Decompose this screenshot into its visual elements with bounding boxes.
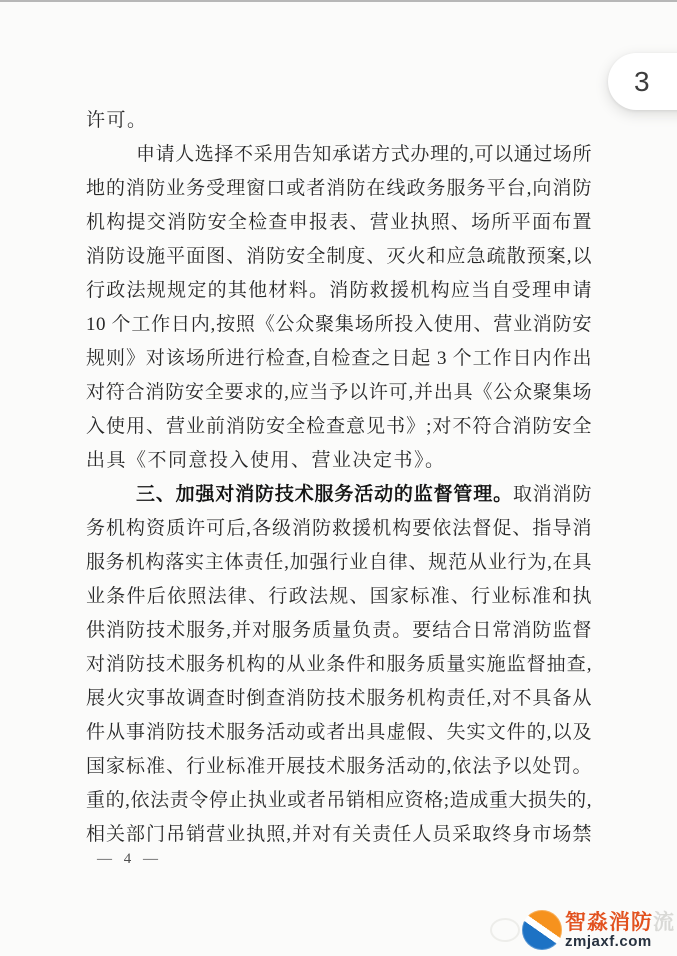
brand-logo-icon bbox=[522, 910, 562, 950]
document-line: 件从事消防技术服务活动或者出具虚假、失实文件的,以及不按照 bbox=[86, 716, 592, 750]
document-line: 服务机构落实主体责任,加强行业自律、规范从业行为,在具备从 bbox=[86, 546, 592, 580]
document-line: 规则》对该场所进行检查,自检查之日起 3 个工作日内作出决定。 bbox=[86, 342, 592, 376]
document-line: 行政法规规定的其他材料。消防救援机构应当自受理申请之日起 bbox=[86, 274, 592, 308]
document-line: 供消防技术服务,并对服务质量负责。要结合日常消防监督检查, bbox=[86, 614, 592, 648]
brand-name-cn-faint: 流 bbox=[653, 912, 675, 933]
document-line: 对消防技术服务机构的从业条件和服务质量实施监督抽查,在开 bbox=[86, 648, 592, 682]
brand-site-url: zmjaxf.com bbox=[565, 934, 675, 949]
watermark-brand: 智淼消防 流 zmjaxf.com bbox=[522, 910, 675, 950]
document-line: 展火灾事故调查时倒查消防技术服务机构责任,对不具备从业条 bbox=[86, 682, 592, 716]
document-viewer-page: 3 许可。申请人选择不采用告知承诺方式办理的,可以通过场所所在地的消防业务受理窗… bbox=[0, 0, 677, 956]
document-line: 出具《不同意投入使用、营业决定书》。 bbox=[86, 444, 592, 478]
top-edge-divider bbox=[0, 0, 677, 2]
brand-name-cn: 智淼消防 bbox=[565, 912, 653, 933]
document-line: 许可。 bbox=[86, 104, 592, 138]
document-line: 申请人选择不采用告知承诺方式办理的,可以通过场所所在 bbox=[86, 138, 592, 172]
document-line: 消防设施平面图、消防安全制度、灭火和应急疏散预案,以及法律、 bbox=[86, 240, 592, 274]
brand-text-block: 智淼消防 流 zmjaxf.com bbox=[565, 912, 675, 949]
page-indicator-number: 3 bbox=[634, 66, 650, 98]
document-body: 许可。申请人选择不采用告知承诺方式办理的,可以通过场所所在地的消防业务受理窗口或… bbox=[86, 104, 592, 852]
document-line: 机构提交消防安全检查申报表、营业执照、场所平面布置图、场所 bbox=[86, 206, 592, 240]
document-line: 相关部门吊销营业执照,并对有关责任人员采取终身市场禁入措 bbox=[86, 818, 592, 852]
document-line: 业条件后依照法律、行政法规、国家标准、行业标准和执业准则,提 bbox=[86, 580, 592, 614]
document-line: 务机构资质许可后,各级消防救援机构要依法督促、指导消防技术 bbox=[86, 512, 592, 546]
document-line: 三、加强对消防技术服务活动的监督管理。取消消防技术服 bbox=[86, 478, 592, 512]
document-line: 对符合消防安全要求的,应当予以许可,并出具《公众聚集场所投 bbox=[86, 376, 592, 410]
document-line: 国家标准、行业标准开展技术服务活动的,依法予以处罚。情节严 bbox=[86, 750, 592, 784]
section-heading-run: 三、加强对消防技术服务活动的监督管理。 bbox=[136, 484, 513, 505]
document-line: 重的,依法责令停止执业或者吊销相应资格;造成重大损失的,由 bbox=[86, 784, 592, 818]
document-line: 地的消防业务受理窗口或者消防在线政务服务平台,向消防救援 bbox=[86, 172, 592, 206]
watermark-ghost-mark bbox=[490, 918, 520, 942]
page-indicator-badge: 3 bbox=[608, 53, 677, 110]
document-line: 入使用、营业前消防安全检查意见书》;对不符合消防安全要求的, bbox=[86, 410, 592, 444]
document-line: 10 个工作日内,按照《公众聚集场所投入使用、营业消防安全检查 bbox=[86, 308, 592, 342]
printed-page-number: — 4 — bbox=[97, 851, 162, 868]
